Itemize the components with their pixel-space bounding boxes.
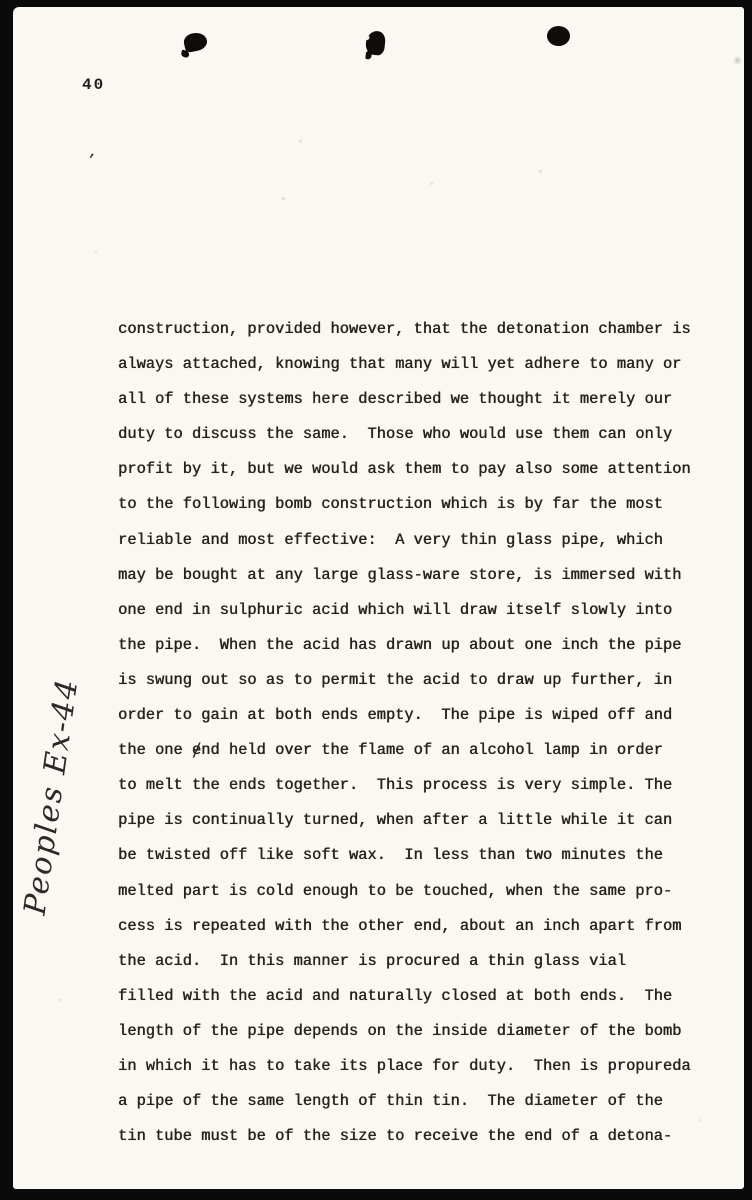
body-line: is swung out so as to permit the acid to… xyxy=(118,663,718,698)
body-line: order to gain at both ends empty. The pi… xyxy=(118,698,718,733)
ink-blot-icon xyxy=(547,26,570,46)
page-number: 40 xyxy=(82,76,105,94)
paper-page: 40 , Peoples Ex-44 construction, provide… xyxy=(13,7,744,1189)
body-line: to the following bomb construction which… xyxy=(118,487,718,522)
body-line: be twisted off like soft wax. In less th… xyxy=(118,838,718,873)
body-line: the pipe. When the acid has drawn up abo… xyxy=(118,628,718,663)
body-line: always attached, knowing that many will … xyxy=(118,347,718,382)
body-line: the one ɇnd held over the flame of an al… xyxy=(118,733,718,768)
stray-ink-mark: , xyxy=(87,144,99,161)
body-line: may be bought at any large glass-ware st… xyxy=(118,558,718,593)
ink-blot-icon xyxy=(182,31,208,53)
margin-annotation-handwritten: Peoples Ex-44 xyxy=(12,635,100,958)
body-line: to melt the ends together. This process … xyxy=(118,768,718,803)
typed-body-text: construction, provided however, that the… xyxy=(118,312,718,1154)
body-line: a pipe of the same length of thin tin. T… xyxy=(118,1084,718,1119)
body-line: one end in sulphuric acid which will dra… xyxy=(118,593,718,628)
body-line: pipe is continually turned, when after a… xyxy=(118,803,718,838)
body-line: all of these systems here described we t… xyxy=(118,382,718,417)
body-line: length of the pipe depends on the inside… xyxy=(118,1014,718,1049)
ink-blot-icon xyxy=(365,30,386,56)
scanned-document: { "page_number": "40", "marks": { "stray… xyxy=(0,0,752,1200)
body-line: in which it has to take its place for du… xyxy=(118,1049,718,1084)
body-line: the acid. In this manner is procured a t… xyxy=(118,944,718,979)
body-line: duty to discuss the same. Those who woul… xyxy=(118,417,718,452)
body-line: cess is repeated with the other end, abo… xyxy=(118,909,718,944)
body-line: filled with the acid and naturally close… xyxy=(118,979,718,1014)
body-line: profit by it, but we would ask them to p… xyxy=(118,452,718,487)
body-line: tin tube must be of the size to receive … xyxy=(118,1119,718,1154)
body-line: construction, provided however, that the… xyxy=(118,312,718,347)
body-line: reliable and most effective: A very thin… xyxy=(118,523,718,558)
body-line: melted part is cold enough to be touched… xyxy=(118,874,718,909)
scan-noise xyxy=(13,7,14,8)
